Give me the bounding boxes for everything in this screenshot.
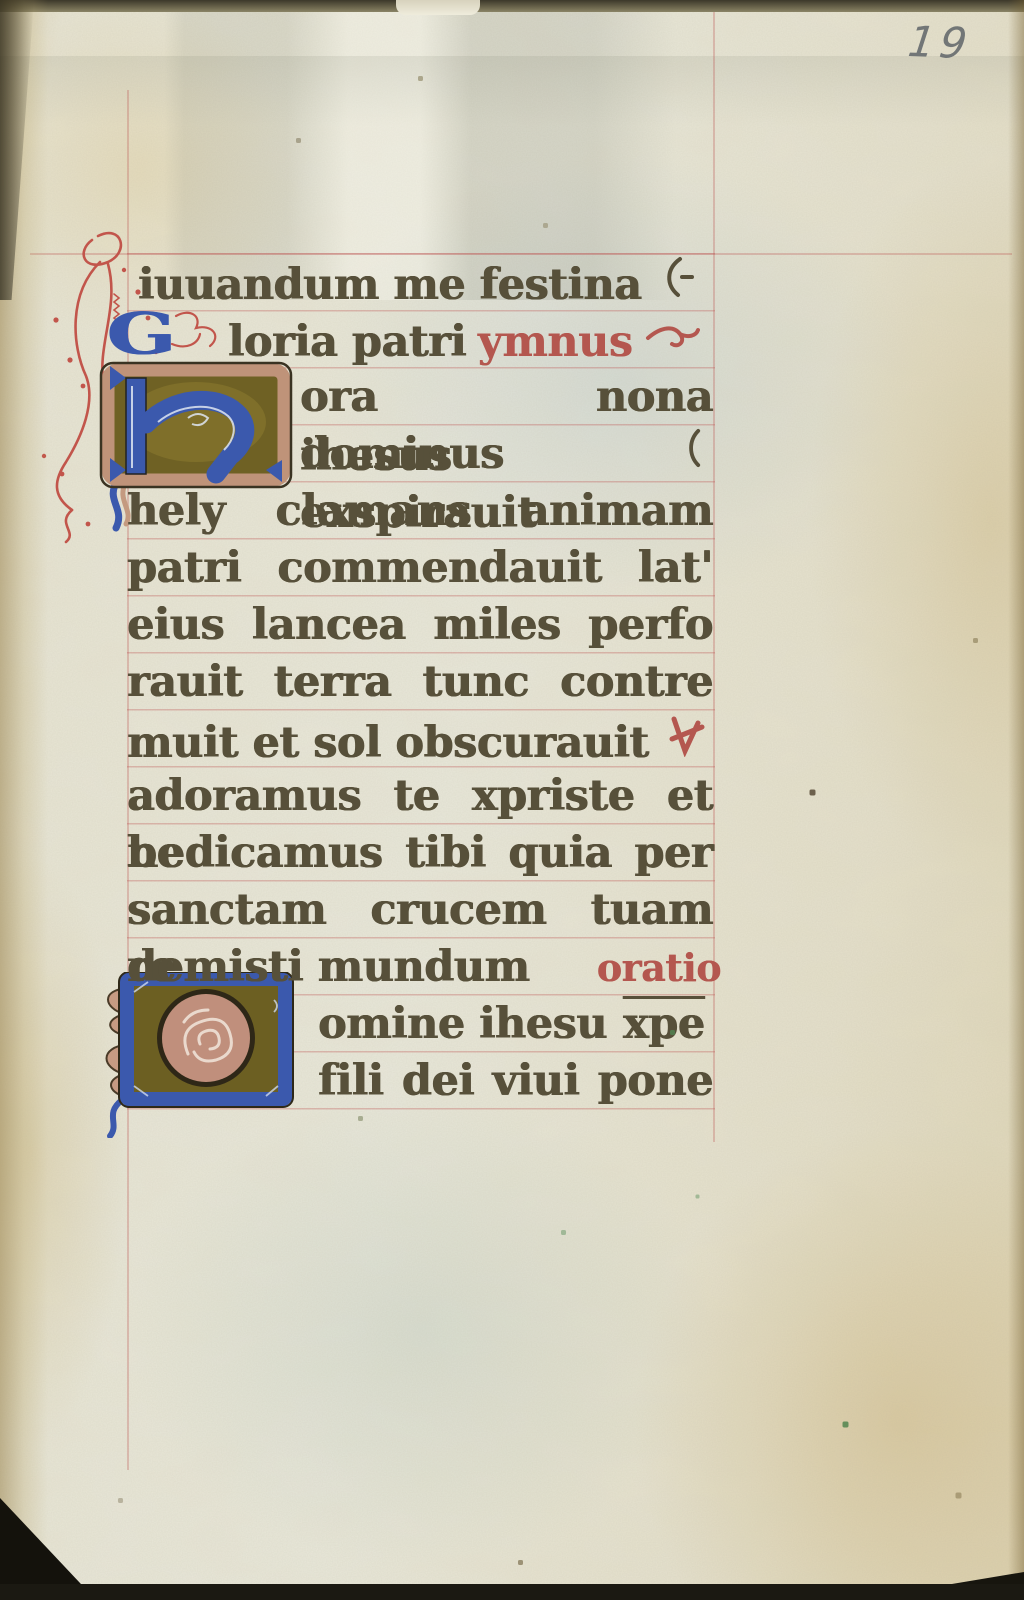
line-filler-mark — [683, 426, 704, 470]
line-text: fili dei viui pone — [318, 1056, 713, 1106]
line-text: iuuandum me festina — [138, 257, 642, 314]
text-line: iuuandum me festina — [138, 255, 694, 312]
line-text: nedicamus tibi quia per — [127, 828, 713, 878]
top-crease-shadow — [0, 56, 1024, 126]
text-line: rauit terra tunc contre — [127, 654, 713, 711]
manuscript-scan: { "page_number": "19", "colors": { "ink"… — [0, 0, 1024, 1600]
text-line: loria patri ymnus — [228, 312, 700, 369]
line-text: loria patri — [228, 314, 466, 371]
text-line: hely clamans animam — [127, 483, 713, 540]
rubric-swash — [644, 312, 700, 356]
line-text: rauit terra tunc contre — [127, 657, 713, 707]
text-line: eius lancea miles perfo — [127, 597, 713, 654]
line-text: omine ihesu — [318, 999, 607, 1049]
text-line: patri commendauit lat' — [127, 540, 713, 597]
page-top-edge-curl — [396, 0, 480, 15]
illuminated-initial-d — [88, 972, 300, 1138]
versicle-mark — [669, 711, 705, 757]
line-filler-mark — [654, 255, 694, 299]
text-line: ihesus exspirauit — [300, 426, 704, 483]
text-line: omine ihesuxpe — [318, 996, 713, 1053]
christus-abbreviation: xpe — [623, 999, 705, 1049]
text-line: nedicamus tibi quia per — [127, 825, 713, 882]
rubric-prayer-label: oratio — [597, 939, 721, 996]
text-line: sanctam crucem tuam re — [127, 882, 713, 939]
page-bottom-edge — [0, 1584, 1024, 1600]
line-text: muit et sol obscurauit — [127, 715, 649, 772]
text-line: demisti mundum oratio — [127, 939, 721, 996]
text-line: muit et sol obscurauit — [127, 711, 705, 768]
text-line: adoramus te xpriste et be — [127, 768, 713, 825]
line-text: eius lancea miles perfo — [127, 600, 713, 650]
page-top-edge — [0, 0, 1024, 12]
line-text: hely clamans animam — [127, 486, 713, 536]
text-line: ora nona dominus — [300, 369, 713, 426]
text-line: fili dei viui pone — [318, 1053, 713, 1110]
page-right-edge — [1008, 0, 1024, 1600]
line-text: demisti mundum — [127, 939, 530, 996]
rubric-hymn-label: ymnus — [478, 314, 633, 371]
line-text: patri commendauit lat' — [127, 543, 713, 593]
